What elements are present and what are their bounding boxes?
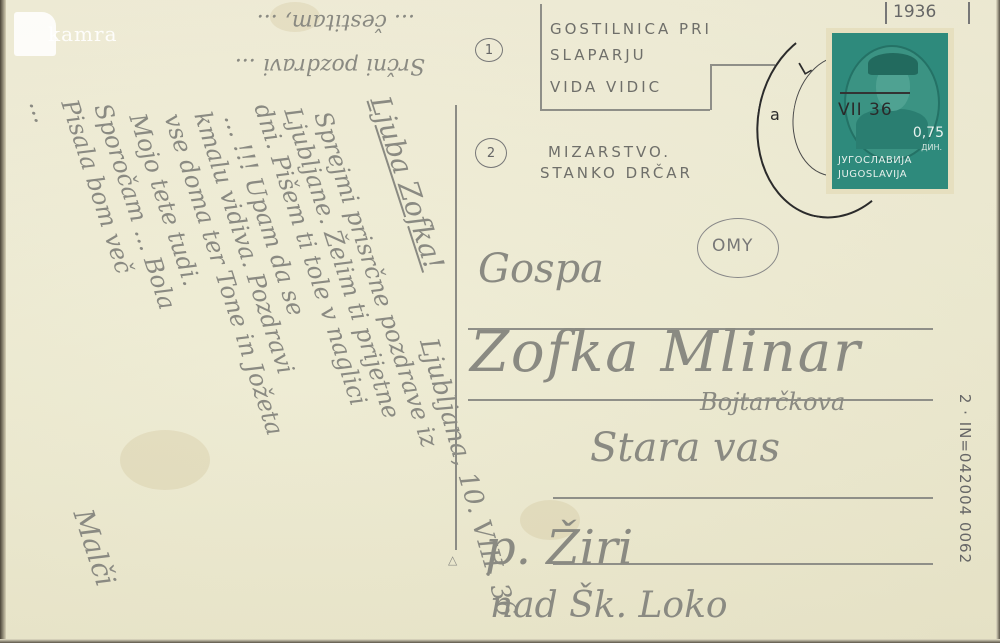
message-top-line: ... čestitam, ... <box>257 9 415 34</box>
box-line <box>540 4 542 109</box>
postmark-letter: a <box>770 105 780 124</box>
box-line <box>540 109 710 111</box>
bracket-line <box>968 2 970 24</box>
postmark-bar <box>840 92 910 94</box>
inventory-number: 2 · IN=042004 0062 <box>956 394 974 564</box>
message-top-line: Srčni pozdravi ... <box>235 53 425 78</box>
message-line: ... <box>23 96 57 126</box>
sender-box: GOSTILNICA PRI SLAPARJU VIDA VIDIC <box>540 4 775 112</box>
stamp-country-cyrillic: ЈУГОСЛАВИЈА <box>838 155 912 166</box>
address-note: Bojtarčkova <box>700 388 845 416</box>
scan-edge-bottom <box>0 639 1000 643</box>
oval-annotation-text: OMY <box>712 236 753 256</box>
address-line <box>553 497 933 499</box>
watermark-text: kamra <box>48 22 118 46</box>
note2-line: MIZARSTVO. <box>548 143 671 161</box>
sender-line: SLAPARJU <box>550 46 647 64</box>
stamp-portrait-cap <box>868 53 918 75</box>
bracket-line <box>885 2 887 24</box>
scan-edge-right <box>996 0 1000 643</box>
marker-circle-2: 2 <box>475 138 507 168</box>
address-place: Stara vas <box>590 425 780 471</box>
box-line <box>710 64 712 110</box>
note2-line: STANKO DRČAR <box>540 164 693 182</box>
year-annotation: 1936 <box>893 2 936 22</box>
stain <box>120 430 210 490</box>
box-line <box>710 64 775 66</box>
center-divider-line <box>455 105 457 550</box>
kamra-watermark: kamra <box>14 12 164 56</box>
triangle-marker-icon: △ <box>448 553 457 567</box>
sender-line: VIDA VIDIC <box>550 78 662 96</box>
sender-line: GOSTILNICA PRI <box>550 20 712 38</box>
address-salutation: Gospa <box>478 246 604 292</box>
postmark-date: VII 36 <box>838 100 893 120</box>
stamp-country-latin: JUGOSLAVIJA <box>838 169 907 180</box>
stamp-value: 0,75 <box>913 125 944 141</box>
marker-circle-1: 1 <box>475 38 503 62</box>
postcard: kamra ... čestitam, ... Srčni pozdravi .… <box>0 0 1000 643</box>
address-region: nad Šk. Loko <box>490 585 728 626</box>
stamp-unit: ДИН. <box>921 143 942 152</box>
message-signature: Malči <box>67 505 123 590</box>
address-name: Zofka Mlinar <box>470 320 862 385</box>
address-post: p. Žiri <box>485 520 633 576</box>
scan-edge-left <box>0 0 6 643</box>
